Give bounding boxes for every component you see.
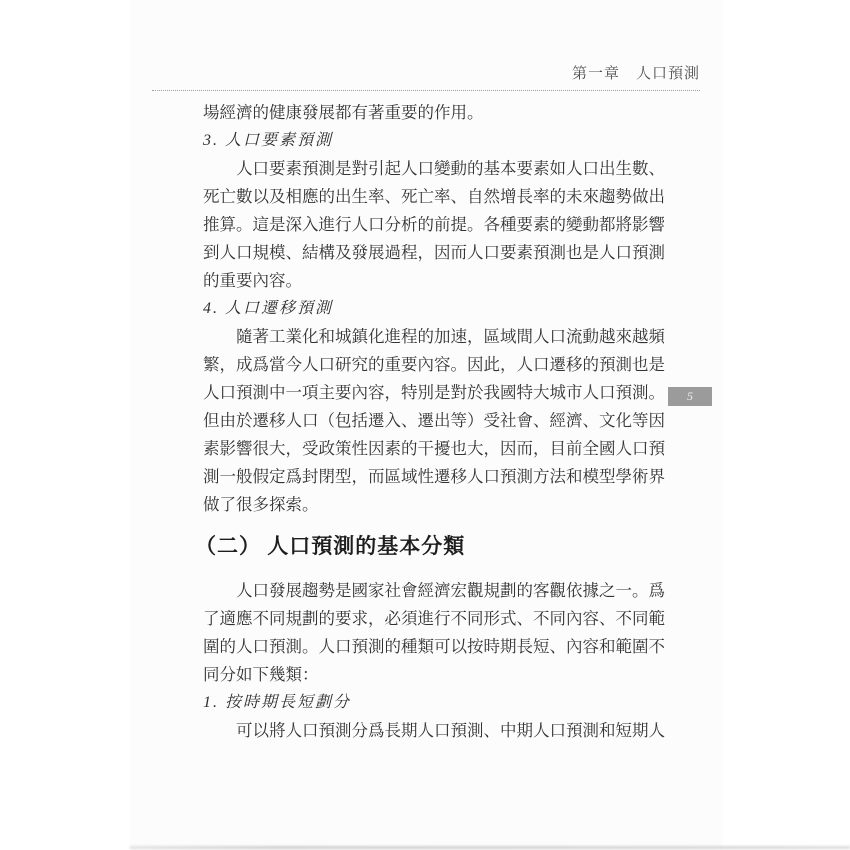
page-bottom-scan-edge [130,846,850,849]
subheading-population-factor-forecast: 3. 人口要素預測 [203,127,665,155]
paragraph-classification-intro: 人口發展趨勢是國家社會經濟宏觀規劃的客觀依據之一。爲了適應不同規劃的要求，必須進… [203,577,665,689]
subheading-population-migration-forecast: 4. 人口遷移預測 [203,295,665,323]
paragraph-population-migration-forecast: 隨著工業化和城鎮化進程的加速，區域間人口流動越來越頻繁，成爲當今人口研究的重要內… [203,323,665,519]
subheading-by-time-period: 1. 按時期長短劃分 [203,689,665,717]
paragraph-population-factor-forecast: 人口要素預測是對引起人口變動的基本要素如人口出生數、死亡數以及相應的出生率、死亡… [203,155,665,295]
chapter-title: 第一章 人口預測 [572,66,700,82]
scanned-page-sheet: 第一章 人口預測 場經濟的健康發展都有著重要的作用。 3. 人口要素預測 人口要… [130,0,722,850]
section-heading-basic-classification: （二） 人口預測的基本分類 [195,531,665,561]
page-number: 5 [687,389,693,403]
page-number-badge: 5 [668,387,712,406]
page-body: 場經濟的健康發展都有著重要的作用。 3. 人口要素預測 人口要素預測是對引起人口… [203,99,665,745]
running-header: 第一章 人口預測 [152,62,700,91]
paragraph-continued-from-previous-page: 場經濟的健康發展都有著重要的作用。 [203,99,665,127]
paragraph-by-time-period: 可以將人口預測分爲長期人口預測、中期人口預測和短期人 [203,717,665,745]
